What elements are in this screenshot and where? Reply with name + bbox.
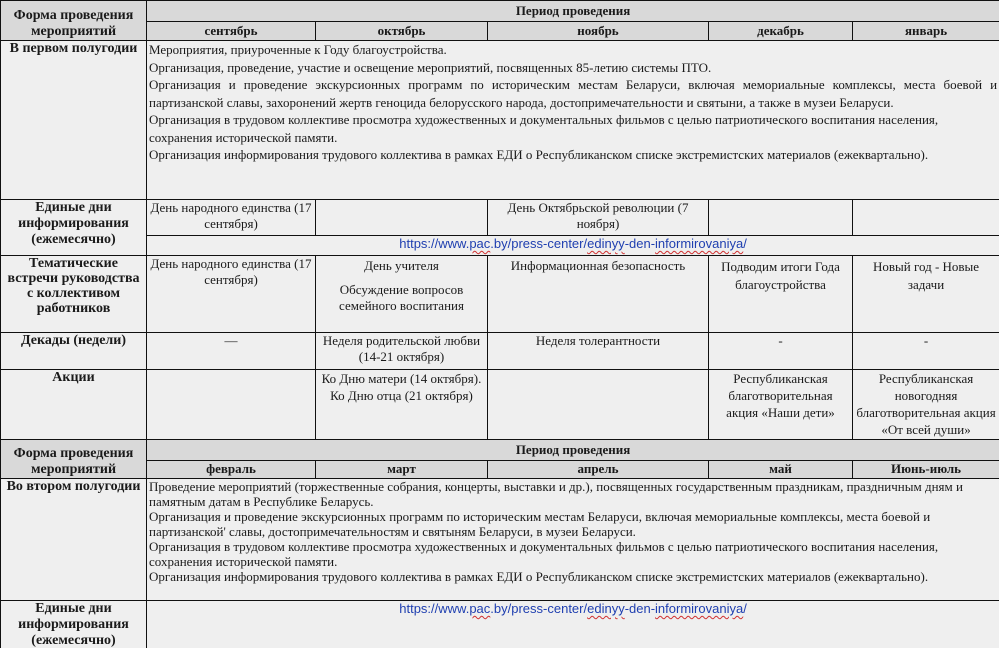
activity-line: Организация и проведение экскурсионных п… xyxy=(149,76,997,111)
info-day-cell: День Октябрьской революции (7 ноября) xyxy=(488,200,709,236)
activity-line: Проведение мероприятий (торжественные со… xyxy=(149,479,997,509)
info-days-link[interactable]: https://www.pac.by/press-center/edinyy-d… xyxy=(147,601,999,648)
action-cell: Ко Дню матери (14 октября). Ко Дню отца … xyxy=(316,370,488,440)
form-column-header: Форма проведения мероприятий xyxy=(1,1,147,41)
action-cell: Республиканская новогодняя благотворител… xyxy=(853,370,999,440)
first-half-activities: Мероприятия, приуроченные к Году благоус… xyxy=(147,41,999,200)
action-cell xyxy=(147,370,316,440)
activity-line: Мероприятия, приуроченные к Году благоус… xyxy=(149,41,997,59)
period-header: Период проведения xyxy=(147,1,999,22)
month-header: май xyxy=(709,461,853,479)
action-cell xyxy=(488,370,709,440)
month-header: октябрь xyxy=(316,22,488,41)
activity-line: Организация, проведение, участие и освещ… xyxy=(149,59,997,77)
row-label-decades: Декады (недели) xyxy=(1,333,147,370)
meeting-cell: Подводим итоги Года благоустройства xyxy=(709,256,853,333)
decade-cell: Неделя родительской любви (14-21 октября… xyxy=(316,333,488,370)
activity-line: Организация в трудовом коллективе просмо… xyxy=(149,111,997,146)
decade-cell: - xyxy=(709,333,853,370)
decade-cell: — xyxy=(147,333,316,370)
month-header: сентябрь xyxy=(147,22,316,41)
info-day-cell xyxy=(316,200,488,236)
period-header: Период проведения xyxy=(147,440,999,461)
info-day-cell: День народного единства (17 сентября) xyxy=(147,200,316,236)
info-day-cell xyxy=(853,200,999,236)
info-day-cell xyxy=(709,200,853,236)
second-half-activities: Проведение мероприятий (торжественные со… xyxy=(147,479,999,601)
action-cell: Республиканская благотворительная акция … xyxy=(709,370,853,440)
row-label-info-days: Единые дни информирования (ежемесячно) xyxy=(1,601,147,648)
row-label-second-half: Во втором полугодии xyxy=(1,479,147,601)
activity-line: Организация информирования трудового кол… xyxy=(149,146,997,164)
month-header: январь xyxy=(853,22,999,41)
meeting-cell: Новый год - Новые задачи xyxy=(853,256,999,333)
decade-cell: Неделя толерантности xyxy=(488,333,709,370)
row-label-actions: Акции xyxy=(1,370,147,440)
activity-line: Организация и проведение экскурсионных п… xyxy=(149,509,997,539)
month-header: апрель xyxy=(488,461,709,479)
event-plan-table: Форма проведения мероприятий Период пров… xyxy=(0,0,999,648)
activity-line: Организация информирования трудового кол… xyxy=(149,569,997,584)
meeting-title: День учителя xyxy=(318,258,485,274)
form-column-header: Форма проведения мероприятий xyxy=(1,440,147,479)
row-label-meetings: Тематические встречи руководства с колле… xyxy=(1,256,147,333)
meeting-cell: Информационная безопасность xyxy=(488,256,709,333)
info-days-link[interactable]: https://www.pac.by/press-center/edinyy-d… xyxy=(147,236,999,256)
decade-cell: - xyxy=(853,333,999,370)
month-header: февраль xyxy=(147,461,316,479)
meeting-extra: Обсуждение вопросов семейного воспитания xyxy=(318,282,485,314)
row-label-info-days: Единые дни информирования (ежемесячно) xyxy=(1,200,147,256)
meeting-cell: День учителя Обсуждение вопросов семейно… xyxy=(316,256,488,333)
month-header: ноябрь xyxy=(488,22,709,41)
row-label-first-half: В первом полугодии xyxy=(1,41,147,200)
activity-line: Организация в трудовом коллективе просмо… xyxy=(149,539,997,569)
month-header: декабрь xyxy=(709,22,853,41)
month-header: март xyxy=(316,461,488,479)
meeting-cell: День народного единства (17 сентября) xyxy=(147,256,316,333)
month-header: Июнь-июль xyxy=(853,461,999,479)
